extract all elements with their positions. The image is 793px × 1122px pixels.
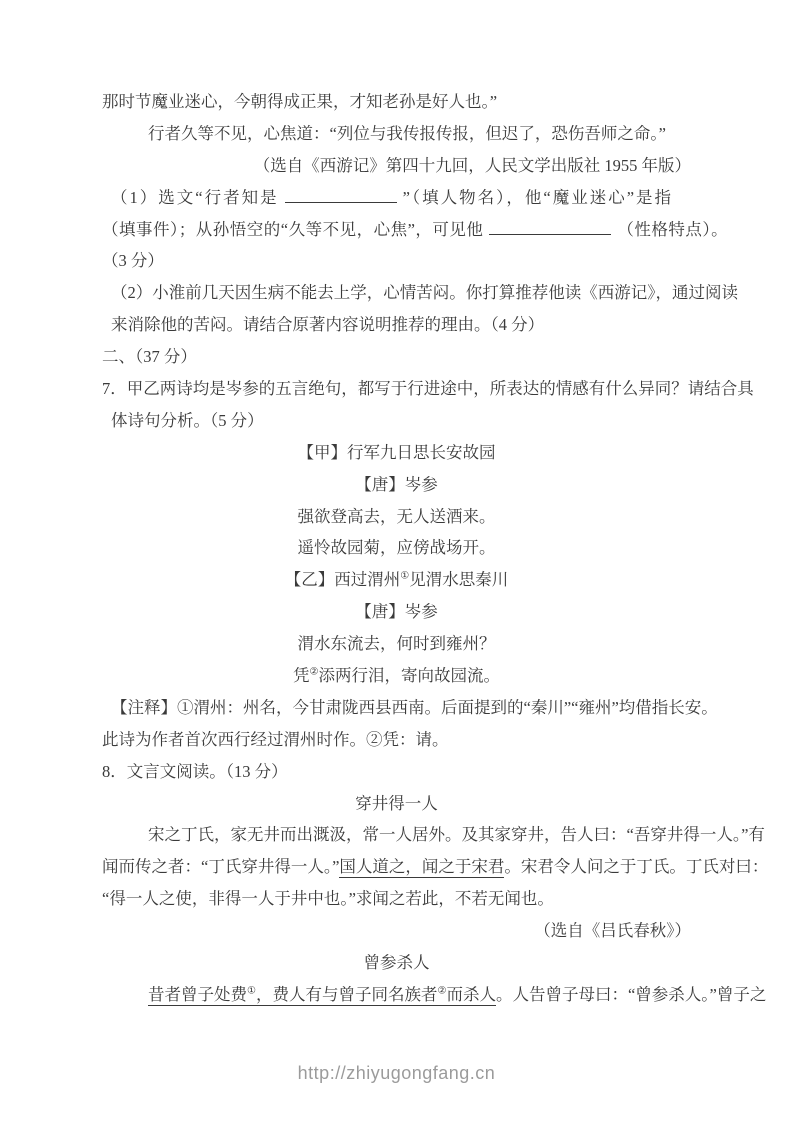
exam-page: 那时节魔业迷心，今朝得成正果，才知老孙是好人也。” 行者久等不见，心焦道：“列位… — [0, 0, 793, 1122]
poem-b-author: 【唐】岑参 — [102, 596, 691, 628]
document-body: 那时节魔业迷心，今朝得成正果，才知老孙是好人也。” 行者久等不见，心焦道：“列位… — [102, 86, 691, 1011]
text: 宋之丁氏，家无井而出溉汲，常一人居外。及其家穿井，告人曰：“吾穿井得一人。”有 — [148, 825, 765, 844]
text: （1）选文“行者知是 — [111, 188, 279, 207]
text: 【注释】①渭州：州名，今甘肃陇西县西南。后面提到的“秦川”“雍州”均借指长安。 — [111, 698, 718, 717]
text: （填事件）；从孙悟空的“久等不见，心焦”，可见他 — [102, 220, 483, 239]
poem-a-verse-1: 强欲登高去，无人送酒来。 — [102, 501, 691, 533]
question-1-line-2: （填事件）；从孙悟空的“久等不见，心焦”，可见他（性格特点）。 — [102, 214, 691, 246]
text: 体诗句分析。（5 分） — [111, 411, 264, 430]
text: ”（填人物名），他“魔业迷心”是指 — [403, 188, 673, 207]
question-2-line-1: （2）小淮前几天因生病不能去上学，心情苦闷。你打算推荐他读《西游记》，通过阅读 — [102, 277, 691, 309]
watermark-url: http://zhiyugongfang.cn — [0, 1063, 793, 1084]
poem-b-verse-2: 凭②添两行泪，寄向故园流。 — [102, 660, 691, 692]
text: 国人道之，闻之于宋君 — [339, 857, 504, 876]
passage-2-line-1: 昔者曾子处费①，费人有与曾子同名族者②而杀人。人告曾子母曰：“曾参杀人。”曾子之 — [102, 979, 691, 1011]
text: 【唐】岑参 — [355, 602, 438, 621]
text: （2）小淮前几天因生病不能去上学，心情苦闷。你打算推荐他读《西游记》，通过阅读 — [111, 283, 738, 302]
text: （选自《吕氏春秋》） — [534, 921, 691, 940]
text: 渭水东流去，何时到雍州？ — [298, 634, 496, 653]
text: （选自《西游记》第四十九回，人民文学出版社 1955 年版） — [254, 156, 691, 175]
section-2-heading: 二、（37 分） — [102, 341, 691, 373]
question-1-score: （3 分） — [102, 245, 691, 277]
quote-paragraph-line: 行者久等不见，心焦道：“列位与我传报传报，但迟了，恐伤吾师之命。” — [102, 118, 691, 150]
question-8-heading: 8．文言文阅读。（13 分） — [102, 756, 691, 788]
source-citation-xiyouji: （选自《西游记》第四十九回，人民文学出版社 1955 年版） — [102, 150, 691, 182]
poem-a-verse-2: 遥怜故园菊，应傍战场开。 — [102, 532, 691, 564]
answer-blank-1 — [285, 185, 397, 202]
text: 行者久等不见，心焦道：“列位与我传报传报，但迟了，恐伤吾师之命。” — [148, 124, 666, 143]
text: 遥怜故园菊，应傍战场开。 — [298, 538, 496, 557]
text: 强欲登高去，无人送酒来。 — [298, 507, 496, 526]
text: 昔者曾子处费 — [148, 985, 247, 1004]
passage-1-line-1: 宋之丁氏，家无井而出溉汲，常一人居外。及其家穿井，告人曰：“吾穿井得一人。”有 — [102, 819, 691, 851]
text: （性格特点）。 — [617, 220, 728, 239]
source-citation-lvshichunqiu: （选自《吕氏春秋》） — [102, 915, 691, 947]
text: “得一人之使，非得一人于井中也。”求闻之若此，不若无闻也。 — [102, 889, 554, 908]
footnote-marker-1: ① — [400, 571, 409, 582]
poem-a-title: 【甲】行军九日思长安故园 — [102, 437, 691, 469]
footnote-marker-1: ① — [247, 985, 256, 996]
text: ，费人有与曾子同名族者 — [256, 985, 438, 1004]
text: 【甲】行军九日思长安故园 — [298, 443, 496, 462]
question-2-line-2: 来消除他的苦闷。请结合原著内容说明推荐的理由。（4 分） — [102, 309, 691, 341]
paragraph-continuation-line: 那时节魔业迷心，今朝得成正果，才知老孙是好人也。” — [102, 86, 691, 118]
text: 【唐】岑参 — [355, 475, 438, 494]
text: （3 分） — [102, 251, 164, 270]
answer-blank-2 — [489, 217, 611, 234]
poem-b-verse-1: 渭水东流去，何时到雍州？ — [102, 628, 691, 660]
text: 。宋君令人问之于丁氏。丁氏对曰： — [504, 857, 768, 876]
underlined-phrase: 国人道之，闻之于宋君 — [339, 857, 504, 878]
text: 此诗为作者首次西行经过渭州时作。②凭：请。 — [102, 730, 449, 749]
text: 。人告曾子母曰：“曾参杀人。”曾子之 — [496, 985, 766, 1004]
passage-2-title: 曾参杀人 — [102, 947, 691, 979]
underlined-phrase: 昔者曾子处费①，费人有与曾子同名族者②而杀人 — [148, 985, 496, 1006]
text: 闻而传之者：“丁氏穿井得一人。” — [102, 857, 339, 876]
question-7-line-1: 7．甲乙两诗均是岑参的五言绝句，都写于行进途中，所表达的情感有什么异同？请结合具 — [102, 373, 691, 405]
text: 8．文言文阅读。（13 分） — [102, 762, 288, 781]
poem-b-title: 【乙】西过渭州①见渭水思秦川 — [102, 564, 691, 596]
text: 【乙】西过渭州 — [285, 570, 401, 589]
text: 二、（37 分） — [102, 347, 197, 366]
question-1-line-1: （1）选文“行者知是”（填人物名），他“魔业迷心”是指 — [102, 182, 691, 214]
text: 来消除他的苦闷。请结合原著内容说明推荐的理由。（4 分） — [111, 315, 544, 334]
poem-a-author: 【唐】岑参 — [102, 469, 691, 501]
notes-line-1: 【注释】①渭州：州名，今甘肃陇西县西南。后面提到的“秦川”“雍州”均借指长安。 — [102, 692, 691, 724]
text: 曾参杀人 — [364, 953, 430, 972]
passage-1-title: 穿井得一人 — [102, 788, 691, 820]
notes-line-2: 此诗为作者首次西行经过渭州时作。②凭：请。 — [102, 724, 691, 756]
question-7-line-2: 体诗句分析。（5 分） — [102, 405, 691, 437]
url-text: http://zhiyugongfang.cn — [298, 1063, 496, 1083]
text: 添两行泪，寄向故园流。 — [318, 666, 500, 685]
passage-1-line-3: “得一人之使，非得一人于井中也。”求闻之若此，不若无闻也。 — [102, 883, 691, 915]
text: 7．甲乙两诗均是岑参的五言绝句，都写于行进途中，所表达的情感有什么异同？请结合具 — [102, 379, 754, 398]
text: 那时节魔业迷心，今朝得成正果，才知老孙是好人也。” — [102, 92, 497, 111]
text: 而杀人 — [446, 985, 496, 1004]
text: 凭 — [293, 666, 310, 685]
passage-1-line-2: 闻而传之者：“丁氏穿井得一人。”国人道之，闻之于宋君。宋君令人问之于丁氏。丁氏对… — [102, 851, 691, 883]
text: 穿井得一人 — [355, 794, 438, 813]
text: 见渭水思秦川 — [409, 570, 508, 589]
